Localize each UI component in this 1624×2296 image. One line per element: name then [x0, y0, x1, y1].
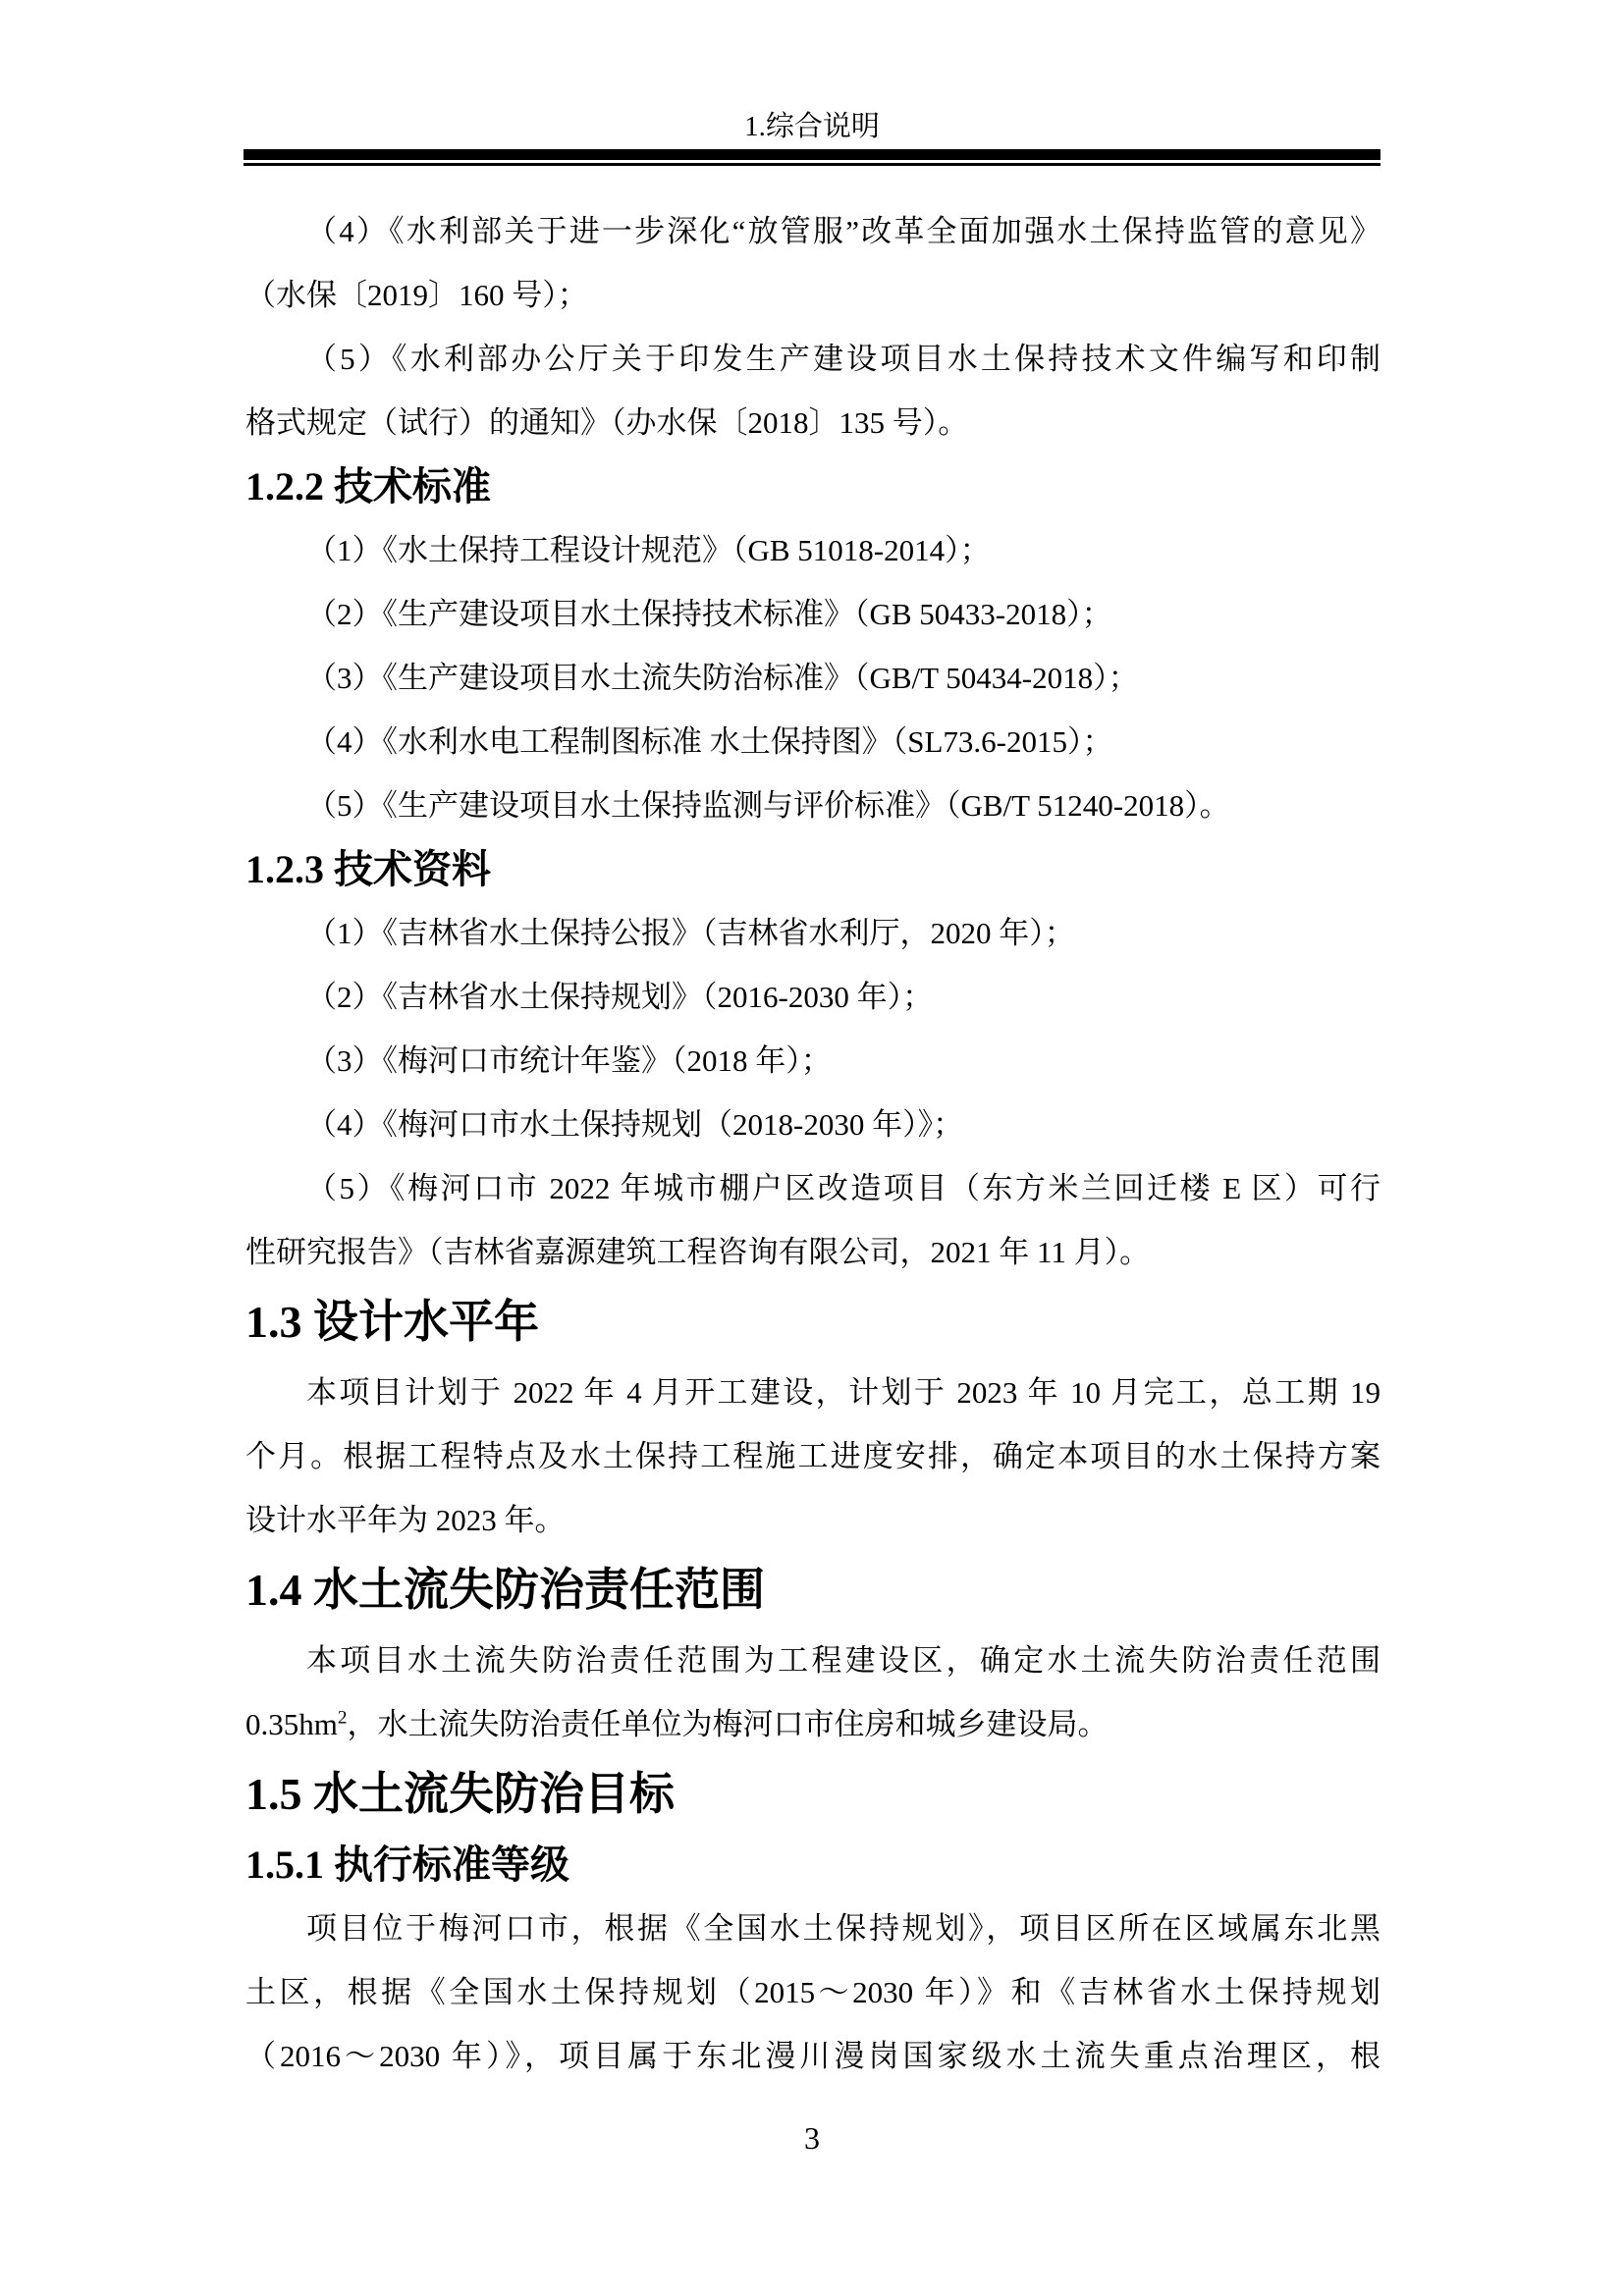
paragraph-line: （5）《梅河口市 2022 年城市棚户区改造项目（东方米兰回迁楼 E 区）可行 — [245, 1156, 1380, 1220]
ref-item-line: （2）《吉林省水土保持规划》（2016-2030 年）； — [245, 965, 1380, 1029]
paragraph-line: （2016～2030 年）》，项目属于东北漫川漫岗国家级水土流失重点治理区，根 — [245, 2024, 1380, 2088]
paragraph-line: （水保〔2019〕160 号）； — [245, 263, 1380, 327]
heading-1-2-3: 1.2.3 技术资料 — [245, 837, 1380, 901]
paragraph-line: 格式规定（试行）的通知》（办水保〔2018〕135 号）。 — [245, 391, 1380, 454]
paragraph-line: 性研究报告》（吉林省嘉源建筑工程咨询有限公司，2021 年 11 月）。 — [245, 1220, 1380, 1284]
ref-item-line: （4）《梅河口市水土保持规划（2018-2030 年）》； — [245, 1093, 1380, 1156]
heading-1-5: 1.5 水土流失防治目标 — [245, 1756, 1380, 1833]
page-number: 3 — [804, 2120, 820, 2156]
paragraph-line: 土区，根据《全国水土保持规划（2015～2030 年）》和《吉林省水土保持规划 — [245, 1960, 1380, 2024]
heading-1-4: 1.4 水土流失防治责任范围 — [245, 1552, 1380, 1629]
ref-item-line: （4）《水利水电工程制图标准 水土保持图》（SL73.6-2015）； — [245, 710, 1380, 774]
paragraph-line: 设计水平年为 2023 年。 — [245, 1488, 1380, 1552]
paragraph-line: 项目位于梅河口市，根据《全国水土保持规划》，项目区所在区域属东北黑 — [245, 1896, 1380, 1960]
paragraph-line: （5）《水利部办公厅关于印发生产建设项目水土保持技术文件编写和印制 — [245, 327, 1380, 391]
heading-1-2-2: 1.2.2 技术标准 — [245, 454, 1380, 518]
area-value: 0.35hm — [245, 1707, 338, 1741]
ref-item-line: （1）《吉林省水土保持公报》（吉林省水利厅，2020 年）； — [245, 901, 1380, 965]
ref-item-line: （5）《生产建设项目水土保持监测与评价标准》（GB/T 51240-2018）。 — [245, 774, 1380, 837]
ref-item-line: （2）《生产建设项目水土保持技术标准》（GB 50433-2018）； — [245, 582, 1380, 646]
heading-1-5-1: 1.5.1 执行标准等级 — [245, 1833, 1380, 1896]
heading-1-3: 1.3 设计水平年 — [245, 1284, 1380, 1361]
paragraph-line: 个月。根据工程特点及水土保持工程施工进度安排，确定本项目的水土保持方案 — [245, 1424, 1380, 1488]
paragraph-line: （4）《水利部关于进一步深化“放管服”改革全面加强水土保持监管的意见》 — [245, 199, 1380, 263]
page-header-title: 1.综合说明 — [244, 110, 1380, 143]
ref-item-line: （3）《梅河口市统计年鉴》（2018 年）； — [245, 1029, 1380, 1093]
header-rule-thin-line — [244, 163, 1380, 166]
header-rule — [244, 149, 1380, 166]
paragraph-text: ，水土流失防治责任单位为梅河口市住房和城乡建设局。 — [347, 1707, 1108, 1741]
page-footer: 3 — [0, 2118, 1624, 2158]
document-body: （4）《水利部关于进一步深化“放管服”改革全面加强水土保持监管的意见》 （水保〔… — [245, 199, 1380, 2088]
ref-item-line: （3）《生产建设项目水土流失防治标准》（GB/T 50434-2018）； — [245, 646, 1380, 710]
ref-item-line: （1）《水土保持工程设计规范》（GB 51018-2014）； — [245, 518, 1380, 582]
document-page: 1.综合说明 （4）《水利部关于进一步深化“放管服”改革全面加强水土保持监管的意… — [0, 0, 1624, 2296]
header-rule-thick-line — [244, 149, 1380, 160]
paragraph-line: 本项目水土流失防治责任范围为工程建设区，确定水土流失防治责任范围 — [245, 1629, 1380, 1692]
paragraph-line: 本项目计划于 2022 年 4 月开工建设，计划于 2023 年 10 月完工，… — [245, 1361, 1380, 1424]
paragraph-line: 0.35hm2，水土流失防治责任单位为梅河口市住房和城乡建设局。 — [245, 1692, 1380, 1756]
